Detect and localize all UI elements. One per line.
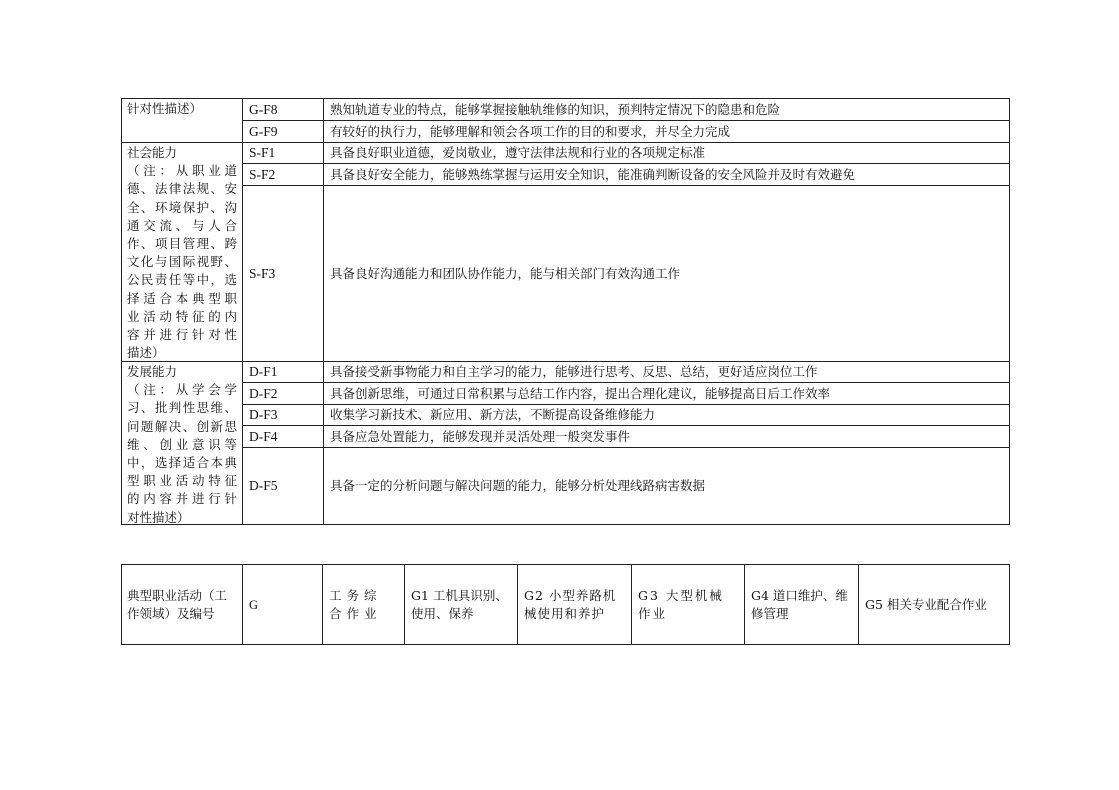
category-line: 习、批判性思维、 [127,399,237,417]
category-line: 针对性描述） [127,100,237,118]
row-description: 具备良好沟通能力和团队协作能力，能与相关部门有效沟通工作 [324,186,1009,361]
row-code: D-F5 [243,448,323,524]
work-field-table: 典型职业活动（工作领域）及编号 G 工务综合作业 G1 工机具识别、使用、保养 … [121,564,1010,645]
row-description: 具备良好安全能力，能够熟练掌握与运用安全知识，能准确判断设备的安全风险并及时有效… [324,164,1009,185]
row-code: D-F3 [243,405,323,425]
row-description: 收集学习新技术、新应用、新方法，不断提高设备维修能力 [324,405,1009,425]
category-line: 德、法律法规、安 [127,180,237,198]
category-line: 型职业活动特征 [127,472,237,490]
category-line: 对性描述） [127,509,237,527]
row-code: D-F1 [243,362,323,382]
row-code: S-F1 [243,143,323,163]
category-line: 作、项目管理、跨 [127,235,237,253]
category-line: 容并进行针对性 [127,326,237,344]
work-field-header: 典型职业活动（工作领域）及编号 [122,565,242,644]
category-line: 通交流、与人合 [127,217,237,235]
row-code: S-F2 [243,164,323,185]
row-code: D-F2 [243,383,323,404]
work-task-g5: G5 相关专业配合作业 [859,565,1009,644]
category-line: 问题解决、创新思 [127,418,237,436]
category-line: （注：从职业道 [127,162,237,180]
category-line: 维、创业意识等 [127,436,237,454]
work-task-g2: G2 小型养路机械使用和养护 [518,565,631,644]
category-line: 的内容并进行针 [127,490,237,508]
category-line: 描述） [127,344,237,362]
row-description: 具备应急处置能力，能够发现并灵活处理一般突发事件 [324,426,1009,447]
row-description: 具备接受新事物能力和自主学习的能力，能够进行思考、反思、总结，更好适应岗位工作 [324,362,1009,382]
ability-table: 针对性描述） 社会能力 （注：从职业道 德、法律法规、安 全、环境保护、沟 通交… [121,98,1010,525]
category-cell-general-tail: 针对性描述） [122,99,242,142]
row-description: 有较好的执行力，能够理解和领会各项工作的目的和要求，并尽全力完成 [324,121,1009,142]
category-line: 中，选择适合本典 [127,454,237,472]
row-code: G-F8 [243,99,323,120]
row-code: S-F3 [243,186,323,361]
category-line: 公民责任等中，选 [127,271,237,289]
work-field-code: G [243,565,322,644]
work-task-g3: G3 大型机械作业 [632,565,744,644]
row-description: 具备良好职业道德，爱岗敬业，遵守法律法规和行业的各项规定标准 [324,143,1009,163]
work-task-g4: G4 道口维护、维修管理 [745,565,858,644]
category-cell-development: 发展能力 （注：从学会学 习、批判性思维、 问题解决、创新思 维、创业意识等 中… [122,362,242,524]
row-description: 具备一定的分析问题与解决问题的能力，能够分析处理线路病害数据 [324,448,1009,524]
category-line: 择适合本典型职 [127,290,237,308]
category-line: 全、环境保护、沟 [127,199,237,217]
row-description: 具备创新思维，可通过日常积累与总结工作内容，提出合理化建议，能够提高日后工作效率 [324,383,1009,404]
category-title: 发展能力 [127,363,237,381]
row-code: G-F9 [243,121,323,142]
category-line: 文化与国际视野、 [127,253,237,271]
row-description: 熟知轨道专业的特点，能够掌握接触轨维修的知识，预判特定情况下的隐患和危险 [324,99,1009,120]
work-task-g1: G1 工机具识别、使用、保养 [405,565,517,644]
category-line: （注：从学会学 [127,381,237,399]
work-field-name: 工务综合作业 [323,565,404,644]
row-code: D-F4 [243,426,323,447]
category-line: 业活动特征的内 [127,308,237,326]
category-title: 社会能力 [127,144,237,162]
category-cell-social: 社会能力 （注：从职业道 德、法律法规、安 全、环境保护、沟 通交流、与人合 作… [122,143,242,361]
